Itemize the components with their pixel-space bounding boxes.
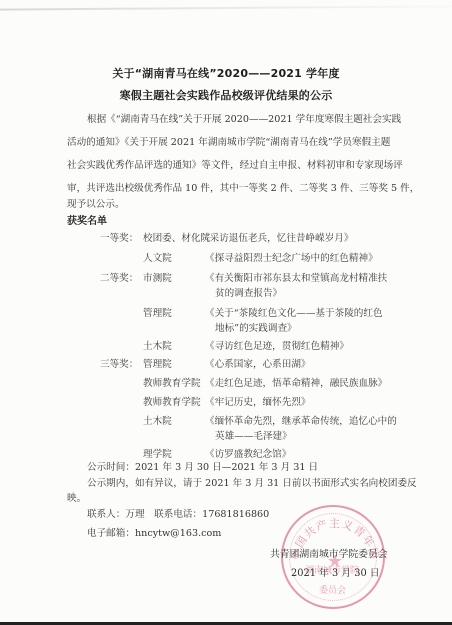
body-paragraph-line: 活动的通知》《关于开展 2021 年湖南城市学院“湖南青马在线”学员寒假主题: [67, 137, 390, 149]
document-title-line1: 关于“湖南青马在线”2020——2021 学年度: [0, 65, 452, 81]
award-college: 土木院: [143, 338, 172, 352]
award-work-title: 《采访退伍老兵，忆往昔峥嵘岁月》: [200, 230, 354, 244]
body-paragraph-line: 社会实践优秀作品评选的通知》等文件，经过自主申报、材料初审和专家现场评: [67, 160, 403, 172]
award-work-title: 《缅怀革命先烈，继承革命传统，追忆心中的: [205, 413, 397, 427]
award-college: 管理院: [143, 305, 172, 319]
award-college: 教师教育学院: [143, 394, 201, 408]
notice-period: 公示时间：2021 年 3 月 30 日—2021 年 3 月 31 日: [87, 462, 318, 474]
body-paragraph-line: 审，共评选出校级优秀作品 10 件，其中一等奖 2 件、二等奖 3 件、三等奖 …: [67, 183, 419, 195]
body-paragraph-line: 根据《“湖南青马在线”关于开展 2020——2021 学年度寒假主题社会实践: [87, 114, 401, 126]
award-work-title: 《心系国家，心系田湖》: [205, 356, 311, 370]
page-edge-shadow: [0, 5, 452, 10]
signature-organization: 共青团湖南城市学院委员会: [270, 546, 388, 560]
award-college: 理学院: [143, 446, 172, 460]
award-work-title: 《走红色足迹，悟革命精神，融民族血脉》: [205, 375, 387, 389]
document-page: 关于“湖南青马在线”2020——2021 学年度 寒假主题社会实践作品校级评优结…: [0, 0, 452, 625]
award-work-title: 《牢记历史，缅怀先烈》: [205, 394, 311, 408]
objection-notice-end: 映。: [67, 493, 86, 505]
objection-notice: 公示期内，如有异议，请于 2021 年 3 月 31 日前以书面形式实名向校团委…: [87, 478, 417, 490]
award-college: 人文院: [143, 250, 172, 264]
signature-date: 2021 年 3 月 30 日: [291, 565, 380, 579]
body-paragraph-end: 现予以公示。: [67, 199, 125, 211]
contact-info: 联系人：万理 联系电话：17681816860: [87, 509, 269, 521]
award-level-third: 三等奖：: [100, 356, 138, 370]
award-college: 管理院: [143, 356, 172, 370]
contact-email: 电子邮箱：hncytw@163.com: [87, 528, 221, 540]
award-work-title-cont: 地标”的实践调查》: [215, 320, 297, 334]
award-college: 教师教育学院: [143, 375, 201, 389]
award-work-title-cont: 贫的调查报告》: [215, 285, 282, 299]
award-work-title: 《探寻益阳烈士纪念广场中的红色精神》: [205, 250, 378, 264]
award-work-title: 《访罗盛教纪念馆》: [205, 446, 291, 460]
award-college: 土木院: [143, 413, 172, 427]
award-college: 市测院: [143, 270, 172, 284]
award-work-title: 《关于“茶陵红色文化——基于茶陵的红色: [205, 305, 383, 319]
award-level-first: 一等奖：: [100, 230, 138, 244]
document-title-line2: 寒假主题社会实践作品校级评优结果的公示: [0, 87, 452, 103]
award-work-title: 《有关衡阳市祁东县太和堂镇高龙村精准扶: [205, 270, 387, 284]
seal-bottom-text: 委员会: [319, 583, 346, 596]
award-list-heading: 获奖名单: [67, 212, 107, 227]
award-work-title: 《寻访红色足迹，贯彻红色精神》: [205, 338, 349, 352]
award-work-title-cont: 英雄——毛泽建》: [215, 428, 292, 442]
award-level-second: 二等奖：: [100, 270, 138, 284]
